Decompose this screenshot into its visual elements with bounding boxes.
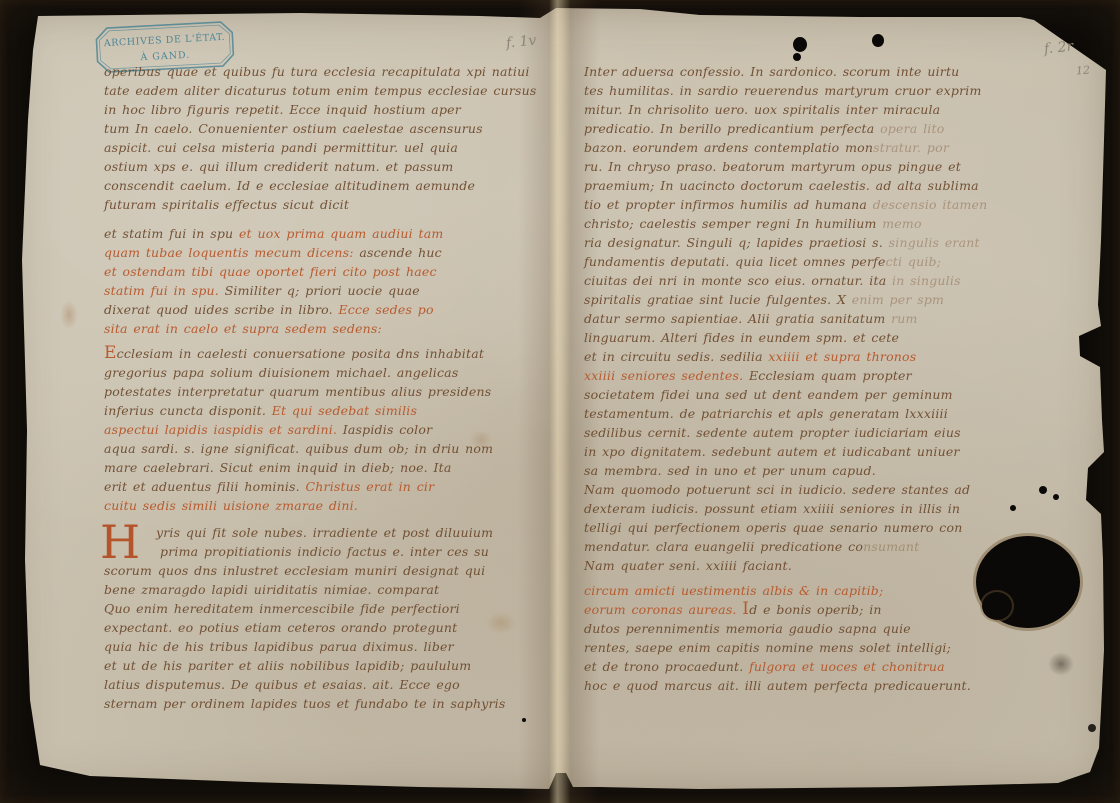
parchment-hole [1039, 486, 1047, 494]
manuscript-line: Inter aduersa confessio. In sardonico. s… [584, 62, 1044, 81]
manuscript-line: mitur. In chrisolito uero. uox spiritali… [584, 100, 1044, 119]
text-segment: Quo enim hereditatem inmercescibile fide… [104, 601, 460, 616]
parchment-hole [1053, 494, 1059, 500]
text-segment: Et qui sedebat similis [272, 403, 417, 418]
manuscript-line: dutos perennimentis memoria gaudio sapna… [584, 619, 1044, 638]
manuscript-line: dixerat quod uides scribe in libro. Ecce… [104, 300, 549, 319]
manuscript-line: ria designatur. Singuli q; lapides praet… [584, 233, 1044, 252]
parchment-hole [1088, 724, 1096, 732]
manuscript-line: circum amicti uestimentis albis & in cap… [584, 581, 1044, 600]
text-segment: et ut de his pariter et aliis nobilibus … [104, 658, 471, 673]
text-segment: ciuitas dei nri in monte sco eius. ornat… [584, 273, 892, 288]
text-segment: mitur. In chrisolito uero. uox spiritali… [584, 102, 940, 117]
manuscript-line: linguarum. Alteri fides in eundem spm. e… [584, 328, 1044, 347]
text-segment: praemium; In uacincto doctorum caelestis… [584, 178, 979, 193]
text-segment: et de trono procaedunt. [584, 659, 749, 674]
manuscript-line: et de trono procaedunt. fulgora et uoces… [584, 657, 1044, 676]
text-segment: telligi qui perfectionem operis quae sen… [584, 520, 962, 535]
parchment-hole [1010, 505, 1016, 511]
text-segment: bazon. eorundem ardens contemplatio mon [584, 140, 873, 155]
manuscript-line: et in circuitu sedis. sedilia xxiiii et … [584, 347, 1044, 366]
text-segment: inferius cuncta disponit. [104, 403, 272, 418]
text-segment: aspectui lapidis iaspidis et sardini. [104, 422, 343, 437]
text-segment: ostium xps e. qui illum crediderit natum… [104, 159, 453, 174]
text-segment: xxiiii seniores sedentes. [584, 368, 749, 383]
manuscript-line: societatem fidei una sed ut dent eandem … [584, 385, 1044, 404]
text-segment: conscendit caelum. Id e ecclesiae altitu… [104, 178, 475, 193]
text-segment: sa membra. sed in uno et per unum capud. [584, 463, 876, 478]
manuscript-line: hoc e quod marcus ait. illi autem perfec… [584, 676, 1044, 695]
text-segment: statim fui in spu. [104, 283, 225, 298]
manuscript-line: telligi qui perfectionem operis quae sen… [584, 518, 1044, 537]
manuscript-line: dexteram iudicis. possunt etiam xxiiii s… [584, 499, 1044, 518]
manuscript-line: Hyris qui fit sole nubes. irradiente et … [104, 523, 549, 542]
text-segment: Nam quomodo potuerunt sci in iudicio. se… [584, 482, 970, 497]
manuscript-line: in xpo dignitatem. sedebunt autem et iud… [584, 442, 1044, 461]
text-segment: linguarum. Alteri fides in eundem spm. e… [584, 330, 899, 345]
folio-page-number: 12 [1076, 64, 1091, 78]
text-segment: in xpo dignitatem. sedebunt autem et iud… [584, 444, 960, 459]
text-segment: et statim fui in spu [104, 226, 239, 241]
text-segment: aqua sardi. s. igne significat. quibus d… [104, 441, 493, 456]
text-segment: singulis erant [889, 235, 980, 250]
manuscript-line: eorum coronas aureas. Id e bonis operib;… [584, 600, 1044, 619]
text-segment: opera lito [880, 121, 944, 136]
manuscript-line: ostium xps e. qui illum crediderit natum… [104, 157, 549, 176]
manuscript-line: statim fui in spu. Similiter q; priori u… [104, 281, 549, 300]
manuscript-line: fundamentis deputati. quia licet omnes p… [584, 252, 1044, 271]
manuscript-line: in hoc libro figuris repetit. Ecce inqui… [104, 100, 549, 119]
text-segment: nsumant [863, 539, 919, 554]
manuscript-line: sedilibus cernit. sedente autem propter … [584, 423, 1044, 442]
text-segment: expectant. eo potius etiam ceteros orand… [104, 620, 457, 635]
text-segment: et ostendam tibi quae oportet fieri cito… [104, 264, 437, 279]
text-segment: christo; caelestis semper regni In humil… [584, 216, 882, 231]
manuscript-line: predicatio. In berillo predicantium perf… [584, 119, 1044, 138]
text-segment: stratur. por [873, 140, 949, 155]
text-segment: et in circuitu sedis. sedilia [584, 349, 768, 364]
manuscript-line: et ut de his pariter et aliis nobilibus … [104, 656, 549, 675]
text-segment: E [104, 343, 117, 363]
manuscript-line: tio et propter infirmos humilis ad human… [584, 195, 1044, 214]
text-segment: prima propitiationis indicio factus e. i… [160, 544, 489, 559]
parchment-hole [872, 34, 884, 47]
text-segment: sedilibus cernit. sedente autem propter … [584, 425, 961, 440]
text-segment: rentes, saepe enim capitis nomine mens s… [584, 640, 951, 655]
text-segment: ru. In chryso praso. beatorum martyrum o… [584, 159, 961, 174]
manuscript-line: tate eadem aliter dicaturus totum enim t… [104, 81, 549, 100]
text-segment: Inter aduersa confessio. In sardonico. s… [584, 64, 959, 79]
text-segment: scorum quos dns inlustret ecclesiam muni… [104, 563, 485, 578]
parchment-hole [793, 37, 807, 52]
text-segment: potestates interpretatur quarum mentibus… [104, 384, 491, 399]
text-segment: Ecclesiam quam propter [749, 368, 912, 383]
text-segment: Iaspidis color [343, 422, 433, 437]
manuscript-line: ciuitas dei nri in monte sco eius. ornat… [584, 271, 1044, 290]
manuscript-line: quia hic de his tribus lapidibus parua d… [104, 637, 549, 656]
text-segment: yris qui fit sole nubes. irradiente et p… [156, 525, 493, 540]
folio-mark-left: f. 1v [505, 32, 537, 51]
text-segment: spiritalis gratiae sint lucie fulgentes.… [584, 292, 852, 307]
text-segment: societatem fidei una sed ut dent eandem … [584, 387, 953, 402]
manuscript-line: expectant. eo potius etiam ceteros orand… [104, 618, 549, 637]
text-segment: in singulis [892, 273, 961, 288]
text-segment: cti quib; [886, 254, 942, 269]
manuscript-line: praemium; In uacincto doctorum caelestis… [584, 176, 1044, 195]
manuscript-line: operibus quae et quibus fu tura ecclesia… [104, 62, 549, 81]
manuscript-line: spiritalis gratiae sint lucie fulgentes.… [584, 290, 1044, 309]
manuscript-line: ru. In chryso praso. beatorum martyrum o… [584, 157, 1044, 176]
text-segment: tum In caelo. Conuenienter ostium caeles… [104, 121, 483, 136]
page-left-text: operibus quae et quibus fu tura ecclesia… [104, 62, 549, 713]
text-segment: fundamentis deputati. quia licet omnes p… [584, 254, 886, 269]
text-segment: datur sermo sapientiae. Alii gratia sani… [584, 311, 891, 326]
parchment-hole [793, 53, 801, 61]
manuscript-line: tum In caelo. Conuenienter ostium caeles… [104, 119, 549, 138]
manuscript-line: sternam per ordinem lapides tuos et fund… [104, 694, 549, 713]
folio-mark-right: f. 2r [1043, 39, 1074, 58]
manuscript-line: gregorius papa solium diuisionem michael… [104, 363, 549, 382]
manuscript-line: Quo enim hereditatem inmercescibile fide… [104, 599, 549, 618]
text-segment: gregorius papa solium diuisionem michael… [104, 365, 458, 380]
text-segment: testamentum. de patriarchis et apls gene… [584, 406, 948, 421]
manuscript-line: erit et aduentus filii hominis. Christus… [104, 477, 549, 496]
manuscript-line: et statim fui in spu et uox prima quam a… [104, 224, 549, 243]
manuscript-line: potestates interpretatur quarum mentibus… [104, 382, 549, 401]
manuscript-line: christo; caelestis semper regni In humil… [584, 214, 1044, 233]
manuscript-line: tes humilitas. in sardio reuerendus mart… [584, 81, 1044, 100]
manuscript-line: scorum quos dns inlustret ecclesiam muni… [104, 561, 549, 580]
manuscript-line: bazon. eorundem ardens contemplatio mons… [584, 138, 1044, 157]
text-segment: circum amicti uestimentis albis & in cap… [584, 583, 883, 598]
stamp-line1: ARCHIVES DE L'ÉTAT. [103, 31, 226, 49]
text-segment: futuram spiritalis effectus sicut dicit [104, 197, 349, 212]
text-segment: dixerat quod uides scribe in libro. [104, 302, 338, 317]
page-right-text: Inter aduersa confessio. In sardonico. s… [584, 62, 1044, 695]
text-segment: tes humilitas. in sardio reuerendus mart… [584, 83, 982, 98]
manuscript-line: sita erat in caelo et supra sedem sedens… [104, 319, 549, 338]
manuscript-line: inferius cuncta disponit. Et qui sedebat… [104, 401, 549, 420]
text-segment: quam tubae loquentis mecum dicens: [104, 245, 359, 260]
text-segment: mare caelebrari. Sicut enim inquid in di… [104, 460, 452, 475]
text-segment: tate eadem aliter dicaturus totum enim t… [104, 83, 536, 98]
text-segment: rum [891, 311, 917, 326]
manuscript-line: mendatur. clara euangelii predicatione c… [584, 537, 1044, 556]
manuscript-line: aspicit. cui celsa misteria pandi permit… [104, 138, 549, 157]
text-segment: fulgora et uoces et chonitrua [749, 659, 945, 674]
parchment-hole [982, 592, 1012, 620]
text-segment: erit et aduentus filii hominis. [104, 479, 306, 494]
text-segment: d e bonis operib; in [749, 602, 881, 617]
text-segment: aspicit. cui celsa misteria pandi permit… [104, 140, 458, 155]
text-segment: descensio itamen [873, 197, 988, 212]
manuscript-photo: ARCHIVES DE L'ÉTAT. À GAND. f. 1v f. 2r … [0, 0, 1120, 803]
manuscript-line: et ostendam tibi quae oportet fieri cito… [104, 262, 549, 281]
text-segment: sita erat in caelo et supra sedem sedens… [104, 321, 382, 336]
text-segment: Ecce sedes po [338, 302, 433, 317]
manuscript-line: prima propitiationis indicio factus e. i… [104, 542, 549, 561]
text-segment: bene zmaragdo lapidi uiriditatis nimiae.… [104, 582, 439, 597]
manuscript-line: aspectui lapidis iaspidis et sardini. Ia… [104, 420, 549, 439]
text-segment: tio et propter infirmos humilis ad human… [584, 197, 873, 212]
text-segment: latius disputemus. De quibus et esaias. … [104, 677, 460, 692]
parchment-hole [522, 718, 526, 722]
manuscript-line: Ecclesiam in caelesti conuersatione posi… [104, 344, 549, 363]
text-segment: dexteram iudicis. possunt etiam xxiiii s… [584, 501, 960, 516]
manuscript-line: latius disputemus. De quibus et esaias. … [104, 675, 549, 694]
text-segment: xxiiii et supra thronos [768, 349, 916, 364]
manuscript-line: mare caelebrari. Sicut enim inquid in di… [104, 458, 549, 477]
text-segment: eorum coronas aureas. [584, 602, 742, 617]
manuscript-line: cuitu sedis simili uisione zmarae dini. [104, 496, 549, 515]
manuscript-line: sa membra. sed in uno et per unum capud. [584, 461, 1044, 480]
text-segment: predicatio. In berillo predicantium perf… [584, 121, 880, 136]
text-segment: mendatur. clara euangelii predicatione c… [584, 539, 863, 554]
text-segment: ascende huc [359, 245, 442, 260]
text-segment: hoc e quod marcus ait. illi autem perfec… [584, 678, 971, 693]
text-segment: memo [882, 216, 921, 231]
text-segment: dutos perennimentis memoria gaudio sapna… [584, 621, 911, 636]
text-segment: in hoc libro figuris repetit. Ecce inqui… [104, 102, 461, 117]
text-segment: operibus quae et quibus fu tura ecclesia… [104, 64, 530, 79]
text-segment: ria designatur. Singuli q; lapides praet… [584, 235, 889, 250]
manuscript-line: quam tubae loquentis mecum dicens: ascen… [104, 243, 549, 262]
manuscript-line: aqua sardi. s. igne significat. quibus d… [104, 439, 549, 458]
text-segment: et uox prima quam audiui tam [239, 226, 444, 241]
manuscript-line: Nam quomodo potuerunt sci in iudicio. se… [584, 480, 1044, 499]
manuscript-line: Nam quater seni. xxiiii faciant. [584, 556, 1044, 575]
text-segment: quia hic de his tribus lapidibus parua d… [104, 639, 454, 654]
text-segment: enim per spm [852, 292, 944, 307]
text-segment: Similiter q; priori uocie quae [225, 283, 420, 298]
manuscript-line: futuram spiritalis effectus sicut dicit [104, 195, 549, 214]
text-segment: sternam per ordinem lapides tuos et fund… [104, 696, 505, 711]
manuscript-line: conscendit caelum. Id e ecclesiae altitu… [104, 176, 549, 195]
manuscript-line: testamentum. de patriarchis et apls gene… [584, 404, 1044, 423]
manuscript-line: xxiiii seniores sedentes. Ecclesiam quam… [584, 366, 1044, 385]
manuscript-line: datur sermo sapientiae. Alii gratia sani… [584, 309, 1044, 328]
manuscript-line: bene zmaragdo lapidi uiriditatis nimiae.… [104, 580, 549, 599]
manuscript-line: rentes, saepe enim capitis nomine mens s… [584, 638, 1044, 657]
text-segment: cclesiam in caelesti conuersatione posit… [117, 346, 484, 361]
text-segment: Christus erat in cir [306, 479, 435, 494]
text-segment: cuitu sedis simili uisione zmarae dini. [104, 498, 358, 513]
text-segment: Nam quater seni. xxiiii faciant. [584, 558, 792, 573]
